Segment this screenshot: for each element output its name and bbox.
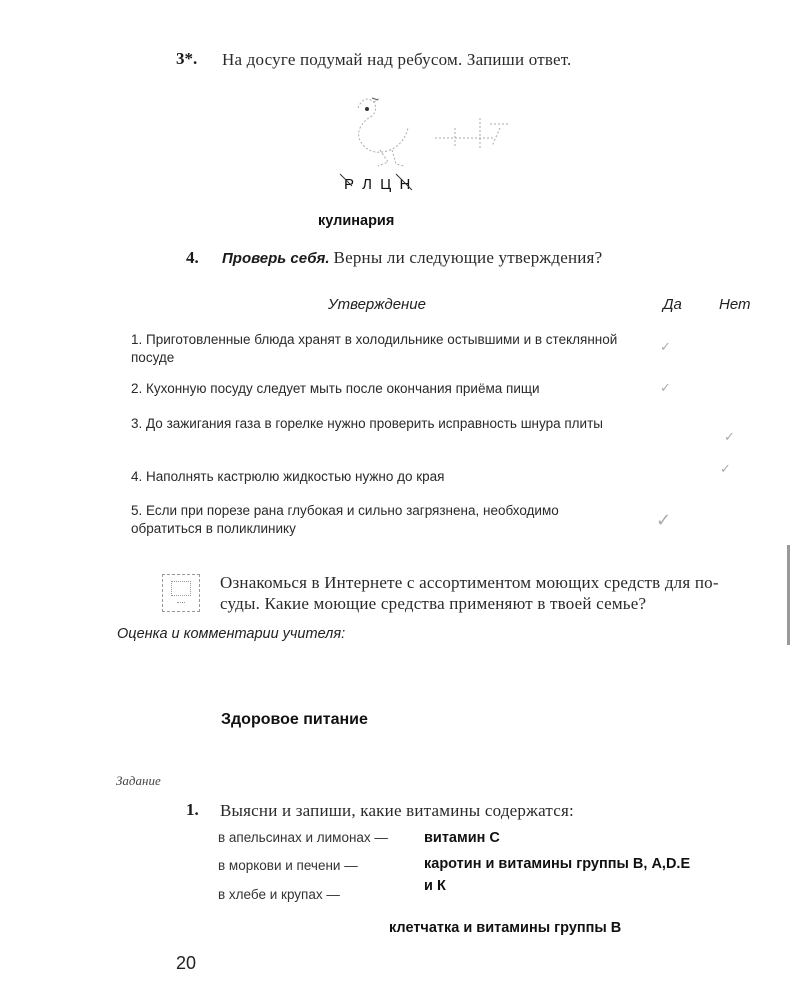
statement-row: 5. Если при порезе рана глубокая и сильн… — [131, 502, 631, 538]
statement-row: 1. Приготовленные блюда хранят в холодил… — [131, 331, 631, 367]
check-mark-yes[interactable]: ✓ — [656, 510, 671, 531]
vitamins-task-number: 1. — [186, 800, 199, 820]
vitamins-task-text: Выясни и запиши, какие витамины содержат… — [220, 801, 574, 821]
task3-text: На досуге подумай над ребусом. Запиши от… — [222, 50, 572, 70]
column-header-statement: Утверждение — [328, 296, 426, 313]
rebus-strike-marks — [338, 172, 438, 198]
internet-task-line1: Ознакомься в Интернете с ассортиментом м… — [220, 573, 719, 593]
statement-row: 4. Наполнять кастрюлю жидкостью нужно до… — [131, 468, 631, 486]
task4-number: 4. — [186, 248, 199, 268]
vitamin-question: в апельсинах и лимонах — — [218, 830, 388, 845]
rebus-answer: кулинария — [318, 213, 394, 229]
computer-icon — [162, 574, 200, 612]
task4-heading: Проверь себя. Верны ли следующие утвержд… — [222, 248, 602, 268]
check-mark-yes[interactable]: ✓ — [660, 340, 671, 355]
vitamin-question: в моркови и печени — — [218, 858, 358, 873]
statement-row: 2. Кухонную посуду следует мыть после ок… — [131, 380, 631, 398]
vitamin-answer-continued: и К — [424, 878, 446, 894]
vitamin-answer: клетчатка и витамины группы В — [389, 920, 621, 936]
statement-row: 3. До зажигания газа в горелке нужно про… — [131, 415, 631, 433]
teacher-comment-label: Оценка и комментарии учителя: — [117, 626, 345, 642]
vitamin-question: в хлебе и крупах — — [218, 887, 340, 902]
internet-task-line2: суды. Какие моющие средства применяют в … — [220, 594, 646, 614]
section-task-label: Задание — [116, 773, 161, 789]
column-header-no: Нет — [719, 296, 751, 313]
page-number: 20 — [176, 953, 196, 974]
check-mark-no[interactable]: ✓ — [720, 462, 731, 477]
rebus-chicken-icon — [340, 88, 530, 178]
task3-number: 3*. — [176, 49, 197, 69]
section-title: Здоровое питание — [221, 711, 368, 729]
page-edge-bar — [787, 545, 790, 645]
check-mark-no[interactable]: ✓ — [724, 430, 735, 445]
column-header-yes: Да — [663, 296, 682, 313]
task4-text: Верны ли следующие утверждения? — [334, 248, 603, 267]
task4-lead: Проверь себя. — [222, 250, 330, 267]
check-mark-yes[interactable]: ✓ — [660, 381, 671, 396]
vitamin-answer: каротин и витамины группы В, A,D.E — [424, 856, 690, 872]
vitamin-answer: витамин С — [424, 830, 500, 846]
